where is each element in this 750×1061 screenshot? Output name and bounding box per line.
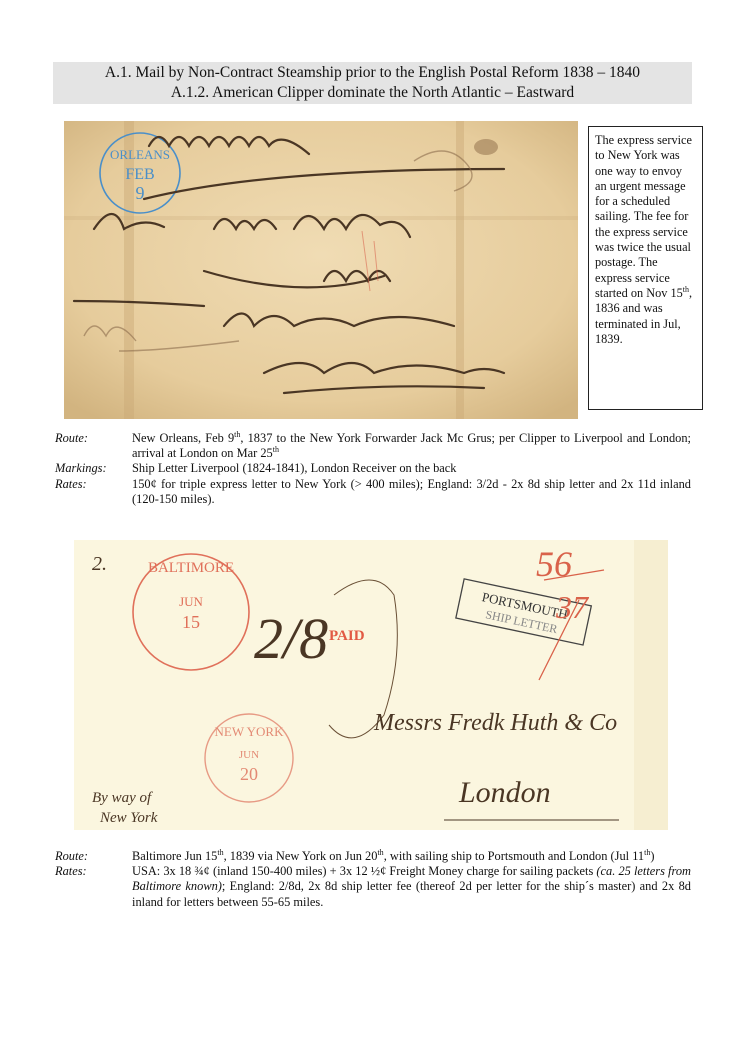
cover-image-baltimore: 2. BALTIMORE JUN 15 NEW YORK JUN 20 2/8 … (74, 540, 668, 830)
markings-label: Markings: (55, 461, 132, 476)
svg-text:NEW YORK: NEW YORK (215, 724, 285, 739)
markings-value: Ship Letter Liverpool (1824-1841), Londo… (132, 461, 691, 476)
rates-label: Rates: (55, 477, 132, 507)
route-row: Route: New Orleans, Feb 9th, 1837 to the… (55, 431, 691, 461)
svg-text:15: 15 (182, 612, 200, 632)
rates-label: Rates: (55, 864, 132, 910)
express-service-note: The express service to New York was one … (588, 126, 703, 410)
svg-text:Messrs Fredk Huth & Co: Messrs Fredk Huth & Co (373, 710, 617, 736)
subsection-title: A.1.2. American Clipper dominate the Nor… (53, 83, 692, 103)
svg-text:JUN: JUN (179, 594, 203, 609)
rates-value: 150¢ for triple express letter to New Yo… (132, 477, 691, 507)
svg-text:BALTIMORE: BALTIMORE (148, 560, 234, 576)
rates-row: Rates: 150¢ for triple express letter to… (55, 477, 691, 507)
svg-text:2.: 2. (92, 553, 107, 575)
svg-text:20: 20 (240, 764, 258, 784)
rates-row: Rates: USA: 3x 18 ¾¢ (inland 150-400 mil… (55, 864, 691, 910)
svg-text:FEB: FEB (125, 166, 154, 183)
route-value: Baltimore Jun 15th, 1839 via New York on… (132, 849, 691, 864)
svg-text:9: 9 (136, 183, 145, 203)
route-row: Route: Baltimore Jun 15th, 1839 via New … (55, 849, 691, 864)
svg-text:By way of: By way of (92, 790, 153, 806)
svg-text:ORLEANS: ORLEANS (110, 147, 170, 162)
route-label: Route: (55, 849, 132, 864)
page-header: A.1. Mail by Non-Contract Steamship prio… (53, 62, 692, 104)
cover-image-new-orleans: ORLEANS FEB 9 (64, 121, 578, 419)
letter-illustration: ORLEANS FEB 9 (64, 121, 578, 419)
note-text: The express service to New York was one … (595, 133, 692, 300)
svg-text:London: London (458, 776, 551, 809)
svg-text:37: 37 (555, 589, 590, 625)
svg-text:2/8: 2/8 (254, 606, 328, 671)
svg-text:New York: New York (99, 810, 158, 826)
letter2-description: Route: Baltimore Jun 15th, 1839 via New … (55, 849, 691, 910)
svg-text:JUN: JUN (239, 749, 259, 761)
route-value: New Orleans, Feb 9th, 1837 to the New Yo… (132, 431, 691, 461)
rates-value: USA: 3x 18 ¾¢ (inland 150-400 miles) + 3… (132, 864, 691, 910)
letter1-description: Route: New Orleans, Feb 9th, 1837 to the… (55, 431, 691, 507)
section-title: A.1. Mail by Non-Contract Steamship prio… (53, 63, 692, 83)
route-label: Route: (55, 431, 132, 461)
letter-illustration: 2. BALTIMORE JUN 15 NEW YORK JUN 20 2/8 … (74, 540, 668, 830)
markings-row: Markings: Ship Letter Liverpool (1824-18… (55, 461, 691, 476)
svg-text:PAID: PAID (329, 628, 365, 644)
